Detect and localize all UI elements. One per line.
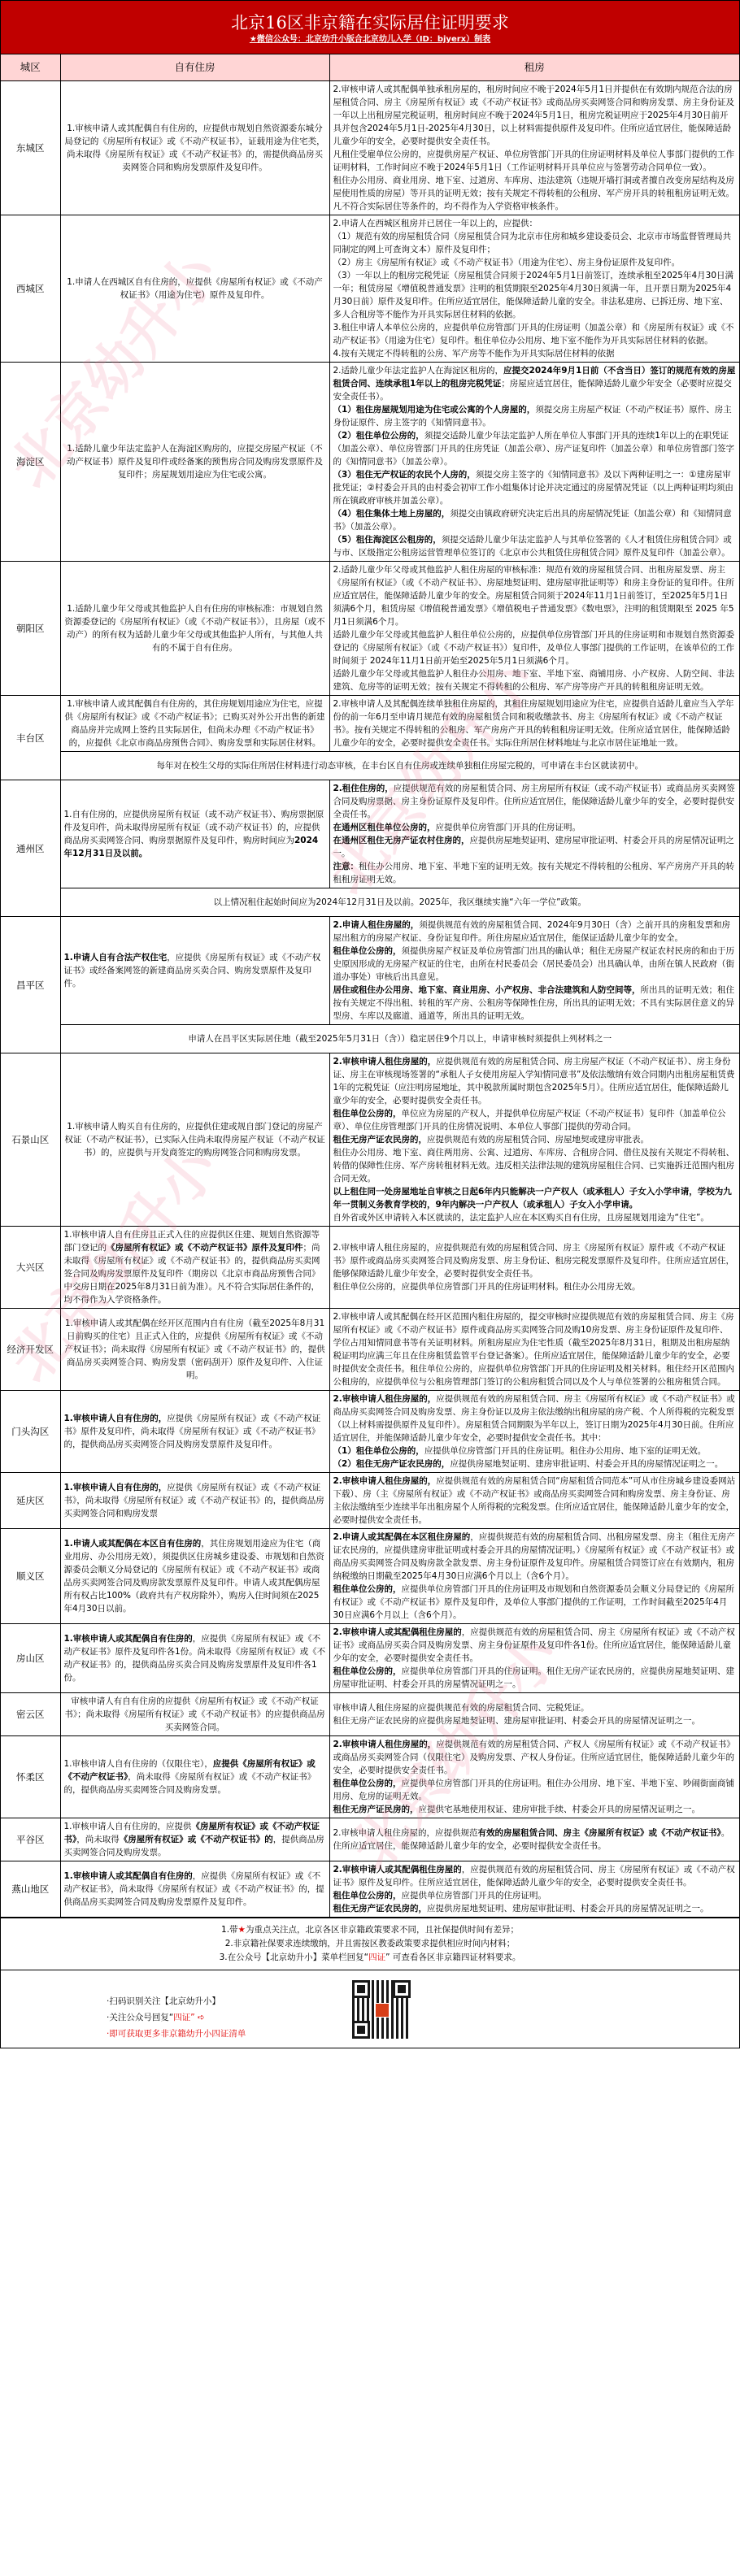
qr-logo-icon (375, 2003, 390, 2018)
rental-paragraph: 2.审核申请人及其配偶连续单独租住房屋的，其租住房屋规划用途应为住宅，应提供自适… (333, 697, 737, 749)
rental-cell: 2.审核申请人或其配偶单独承租房屋的，租房时间应不晚于2024年5月1日并提供在… (329, 81, 739, 215)
own-housing-cell: 1.审核申请人自有住房的，应提供《房屋所有权证》或《不动产权证书》，尚未取得《房… (60, 1473, 329, 1529)
rental-paragraph: （3）租住无产权证的农民个人房的，须提交房主签字的《知情同意书》及以下两种证明之… (333, 468, 737, 507)
table-body: 东城区1.审核申请人或其配偶自有住房的，应提供市规划自然资源委东城分局登记的《房… (1, 81, 739, 1918)
rental-paragraph: （1）租住单位公房的，应提供单位房管部门开具的住房证明。租住办公用房、地下室的证… (333, 1444, 737, 1457)
own-housing-cell: 1.审核申请人自有住房的，应提供《房屋所有权证》或《不动产权证书》，尚未取得《房… (60, 1818, 329, 1861)
rental-paragraph: 注意：租住办公用房、地下室、半地下室的证明无效。按有关规定不得转租的公租房、军产… (333, 860, 737, 886)
table-row: 昌平区1.申请人自有合法产权住宅，应提供《房屋所有权证》或《不动产权证书》或经备… (1, 917, 739, 1025)
page-title: 北京16区非京籍在实际居住证明要求 (1, 1, 739, 33)
table-row: 房山区1.审核申请人或其配偶自有住房的，应提供《房屋所有权证》或《不动产权证书》… (1, 1624, 739, 1693)
rental-paragraph: 租住办公用房、地下室、商住两用房、公寓、过道房、车库房、合租房合同、借住及按有关… (333, 1146, 737, 1185)
district-name: 朝阳区 (1, 562, 60, 696)
rental-paragraph: 2.审核申请人租住房屋的，应提供规范有效的房屋租赁合同、房主《房屋所有权证》原件… (333, 1241, 737, 1280)
rental-paragraph: 2.审核申请人租住房屋的，应提供规范有效的房屋租赁合同、产权人《房屋所有权证》或… (333, 1738, 737, 1777)
district-name: 房山区 (1, 1624, 60, 1693)
table-row: 东城区1.审核申请人或其配偶自有住房的，应提供市规划自然资源委东城分局登记的《房… (1, 81, 739, 215)
rental-paragraph: 以上租住同一处房屋地址自审核之日起6年内只能解决一户产权人（或承租人）子女入小学… (333, 1185, 737, 1211)
own-housing-cell: 1.审核申请人或其配偶自有住房的，应提供《房屋所有权证》或《不动产权证书》，尚未… (60, 1861, 329, 1918)
own-housing-cell: 1.审核申请人购买自有住房的，应提供住建或规自部门登记的房屋产权证（不动产权证书… (60, 1053, 329, 1227)
rental-cell: 2.申请人或其配偶在本区租住房屋的，应提供规范有效的房屋租赁合同、出租房屋发票、… (329, 1529, 739, 1624)
district-name: 平谷区 (1, 1818, 60, 1861)
own-housing-cell: 1.审核申请人自有住房且正式入住的应提供区住建、规划自然资源等部门登记的《房屋所… (60, 1227, 329, 1309)
rental-cell: 2.审核申请人租住房屋的，应提供规范有效的房屋租赁合同、房主《房屋所有权证》或《… (329, 1818, 739, 1861)
rental-paragraph: 租住单位公房的，应提供单位房管部门开具的住房证明。租住无房产证农民房的，应提供房… (333, 1665, 737, 1691)
district-name: 顺义区 (1, 1529, 60, 1624)
rental-cell: 2.审核申请人或其配偶租住房屋的，应提供规范有效的房屋租赁合同、房主《房屋所有权… (329, 1624, 739, 1693)
table-row: 石景山区1.审核申请人购买自有住房的，应提供住建或规自部门登记的房屋产权证（不动… (1, 1053, 739, 1227)
own-housing-cell: 1.适龄儿童少年父母或其他监护人自有住房的审核标准：市规划自然资源委登记的《房屋… (60, 562, 329, 696)
rental-paragraph: 租住无房产证农民房的，应提供规范有效的房屋租赁合同、房屋地契或建房审批表。 (333, 1133, 737, 1146)
header-rental: 租房 (329, 54, 739, 81)
promo-line-2: ·关注公众号回复“四证” ➪ (107, 2009, 246, 2026)
rental-paragraph: （5）租住海淀区公租房的，须提交适龄儿童少年法定监护人与其单位签署的《人才租赁住… (333, 533, 737, 559)
own-housing-cell: 1.自有住房的，应提供房屋所有权证（或不动产权证书）、购房票据原件及复印件，尚未… (60, 780, 329, 888)
rental-paragraph: 2.申请人租住房屋的，须提供规范有效的房屋租赁合同、2024年9月30日（含）之… (333, 919, 737, 945)
rental-cell: 2.审核申请人租住房屋的，应提供规范有效的房屋租赁合同、产权人《房屋所有权证》或… (329, 1736, 739, 1818)
rental-cell: 审核申请人租住房屋的应提供规范有效的房屋租赁合同、完税凭证。租住无房产证农民房的… (329, 1693, 739, 1736)
rental-paragraph: 适龄儿童少年父母或其他监护人租住办公用房、地下室、半地下室、商铺用房、小产权房、… (333, 667, 737, 693)
district-note: 申请人在昌平区实际居住地（截至2025年5月31日（含））稳定居住9个月以上，申… (60, 1025, 739, 1053)
rental-paragraph: 4.按有关规定不得转租的公房、军产房等不能作为开具实际居住材料的依据 (333, 347, 737, 360)
rental-cell: 2.申请人在西城区租房并已居住一年以上的，应提供：（1）规范有效的房屋租赁合同（… (329, 215, 739, 363)
rental-paragraph: 2.适龄儿童少年父母或其他监护人租住房屋的审核标准：规范有效的房屋租赁合同、出租… (333, 563, 737, 628)
rental-paragraph: （2）房主《房屋所有权证》或《不动产权证书》（用途为住宅）、房主身份证原件及复印… (333, 256, 737, 269)
table-row: 延庆区1.审核申请人自有住房的，应提供《房屋所有权证》或《不动产权证书》，尚未取… (1, 1473, 739, 1529)
district-name: 密云区 (1, 1693, 60, 1736)
rental-cell: 2.审核申请人租住房屋的，应提供规范有效的房屋租赁合同、房主房屋产权证（不动产权… (329, 1053, 739, 1227)
rental-paragraph: 适龄儿童少年父母或其他监护人租住单位公房的，应提供单位房管部门开具的住房证明和市… (333, 628, 737, 667)
header-district: 城区 (1, 54, 60, 81)
district-name: 燕山地区 (1, 1861, 60, 1918)
rental-paragraph: 租住单位公房的，应提供单位房管部门开具的住房证明。 (333, 1889, 737, 1902)
own-housing-cell: 1.审核申请人或其配偶自有住房的，应提供市规划自然资源委东城分局登记的《房屋所有… (60, 81, 329, 215)
district-name: 延庆区 (1, 1473, 60, 1529)
district-name: 怀柔区 (1, 1736, 60, 1818)
promo-line-1: ·扫码识别关注【北京幼升小】 (107, 1993, 246, 2009)
rental-paragraph: 2.审核申请人或其配偶租住房屋的，应提供规范有效的房屋租赁合同、房主《房屋所有权… (333, 1863, 737, 1889)
rental-paragraph: 租住单位公房的，单位应为房屋的产权人，并提供单位房屋产权证（不动产权证书）复印件… (333, 1107, 737, 1133)
district-name: 通州区 (1, 780, 60, 917)
own-housing-cell: 1.审核申请人或其配偶在经开区范围内自有住房（截至2025年8月31日前购买的住… (60, 1309, 329, 1391)
own-housing-cell: 1.适龄儿童少年法定监护人在海淀区购房的，应提交房屋产权证（不动产权证书）原件及… (60, 363, 329, 562)
rental-paragraph: 租住无房产证民房的，应提供宅基地使用权证、建房审批手续、村委会开具的房屋情况证明… (333, 1803, 737, 1816)
rental-paragraph: （3）一年以上的租房完税凭证（房屋租赁合同须于2024年5月1日前签订，连续承租… (333, 269, 737, 321)
table-row: 燕山地区1.审核申请人或其配偶自有住房的，应提供《房屋所有权证》或《不动产权证书… (1, 1861, 739, 1918)
rental-paragraph: 租住办公用房、商业用房、地下室、过道房、车库房、违法建筑（违规开墙打洞或者擅自改… (333, 174, 737, 213)
rental-paragraph: 2.租住住房的，应提供规范有效的房屋租赁合同、房主房屋所有权证（或不动产权证书）… (333, 782, 737, 821)
rental-paragraph: （2）租住无房产证农民房的，应提供房屋地契证明、建房审批证明、村委会开具的房屋情… (333, 1457, 737, 1470)
qr-finder-icon (393, 1980, 411, 1998)
table-row: 怀柔区1.审核申请人自有住房的（仅限住宅），应提供《房屋所有权证》或《不动产权证… (1, 1736, 739, 1818)
rental-cell: 2.适龄儿童少年父母或其他监护人租住房屋的审核标准：规范有效的房屋租赁合同、出租… (329, 562, 739, 696)
rental-paragraph: 在通州区租住单位公房的，应提供单位房管部门开具的住房证明。 (333, 821, 737, 834)
document-page: 北京幼升小 北京幼升小 北京幼升小 北京幼升小 北京幼升小 北京16区非京籍在实… (0, 0, 740, 2048)
district-name: 石景山区 (1, 1053, 60, 1227)
page-subtitle: ★微信公众号：北京幼升小版合北京幼儿入学（ID：bjyerx）制表 (1, 33, 739, 46)
district-note: 以上情况租住起始时间应为2024年12月31日及以前。2025年，我区继续实施“… (60, 888, 739, 917)
district-name: 西城区 (1, 215, 60, 363)
district-name: 海淀区 (1, 363, 60, 562)
rental-cell: 2.审核申请人及其配偶连续单独租住房屋的，其租住房屋规划用途应为住宅，应提供自适… (329, 696, 739, 752)
table-note-row: 以上情况租住起始时间应为2024年12月31日及以前。2025年，我区继续实施“… (1, 888, 739, 917)
rental-paragraph: 租住单位公房的，应提供单位房管部门开具的住房证明材料。租住办公用房无效。 (333, 1280, 737, 1293)
own-housing-cell: 1.审核申请人自有住房的，应提供《房屋所有权证》或《不动产权证书》原件及复印件，… (60, 1391, 329, 1473)
rental-paragraph: （1）规范有效的房屋租赁合同（房屋租赁合同为北京市住房和城乡建设委员会、北京市市… (333, 230, 737, 256)
rental-paragraph: 租住无房产证农民房的应提供房屋地契证明、建房屋审批证明、村委会开具的房屋情况证明… (333, 1714, 737, 1727)
own-housing-cell: 1.审核申请人或其配偶自有住房的，应提供《房屋所有权证》或《不动产权证书》原件及… (60, 1624, 329, 1693)
own-housing-cell: 1.申请人自有合法产权住宅，应提供《房屋所有权证》或《不动产权证书》或经备案网签… (60, 917, 329, 1025)
table-note-row: 每年对在校生父母的实际住所居住材料进行动态审核，在丰台区自有住房或连续单独租住房… (1, 752, 739, 780)
rental-cell: 2.申请人租住房屋的，须提供规范有效的房屋租赁合同、2024年9月30日（含）之… (329, 917, 739, 1025)
footnote-2: 2.非京籍社保要求连续缴纳，并且需按区教委政策要求提供相应时间内材料； (1, 1937, 739, 1951)
rental-cell: 2.审核申请人租住房屋的，应提供规范有效的房屋租赁合同“房屋租赁合同范本”可从市… (329, 1473, 739, 1529)
rental-paragraph: 凡租住受雇单位公房的，应提供房屋产权证、单位房管部门开具的住房证明材料及单位人事… (333, 148, 737, 174)
promo-section: ·扫码识别关注【北京幼升小】 ·关注公众号回复“四证” ➪ ·即可获取更多非京籍… (1, 1970, 739, 2048)
rental-paragraph: 租住单位公房的，应提供单位房管部门开具的住房证明。租住办公用房、地下室、半地下室… (333, 1777, 737, 1803)
district-note: 每年对在校生父母的实际住所居住材料进行动态审核，在丰台区自有住房或连续单独租住房… (60, 752, 739, 780)
rental-paragraph: 在通州区租住无房产证农村住房的，应提供房屋地契证明、建房屋审批证明、村委会开具的… (333, 834, 737, 860)
rental-paragraph: 租住单位公房的，应提供单位房管部门开具的住房证明及市规划和自然资源委员会顺义分局… (333, 1583, 737, 1622)
title-band: 北京16区非京籍在实际居住证明要求 ★微信公众号：北京幼升小版合北京幼儿入学（I… (1, 1, 739, 54)
rental-paragraph: 租住无房产证农民房的，应提供房屋地契证明、建房屋审批证明、村委会开具的房屋情况证… (333, 1902, 737, 1915)
rental-paragraph: 2.审核申请人租住房屋的，应提供规范有效的房屋租赁合同、房主《房屋所有权证》或《… (333, 1827, 737, 1853)
qr-finder-icon (352, 2021, 370, 2039)
rental-paragraph: 租住单位公房的，须提供房屋产权证及单位房管部门出具的确认单；租住无房屋产权证农村… (333, 945, 737, 984)
footnote-1: 1.带★为重点关注点，北京各区非京籍政策要求不同，且社保提供时间有差异； (1, 1923, 739, 1937)
table-row: 通州区1.自有住房的，应提供房屋所有权证（或不动产权证书）、购房票据原件及复印件… (1, 780, 739, 888)
rental-paragraph: 2.审核申请人租住房屋的，应提供规范有效的房屋租赁合同、房主《房屋所有权证》或《… (333, 1392, 737, 1444)
own-housing-cell: 1.审核申请人或其配偶自有住房的，其住房规划用途应为住宅，应提供《房屋所有权证》… (60, 696, 329, 752)
rental-cell: 2.租住住房的，应提供规范有效的房屋租赁合同、房主房屋所有权证（或不动产权证书）… (329, 780, 739, 888)
table-note-row: 申请人在昌平区实际居住地（截至2025年5月31日（含））稳定居住9个月以上，申… (1, 1025, 739, 1053)
promo-line-3: ·即可获取更多非京籍幼升小四证清单 (107, 2026, 246, 2042)
rental-paragraph: 审核申请人租住房屋的应提供规范有效的房屋租赁合同、完税凭证。 (333, 1701, 737, 1714)
own-housing-cell: 1.审核申请人自有住房的（仅限住宅），应提供《房屋所有权证》或《不动产权证书》，… (60, 1736, 329, 1818)
own-housing-cell: 1.申请人在西城区自有住房的，应提供《房屋所有权证》或《不动产权证书》（用途为住… (60, 215, 329, 363)
table-row: 门头沟区1.审核申请人自有住房的，应提供《房屋所有权证》或《不动产权证书》原件及… (1, 1391, 739, 1473)
district-name: 经济开发区 (1, 1309, 60, 1391)
rental-paragraph: 2.申请人在西城区租房并已居住一年以上的，应提供： (333, 217, 737, 230)
rental-paragraph: 2.审核申请人或其配偶单独承租房屋的，租房时间应不晚于2024年5月1日并提供在… (333, 83, 737, 148)
rental-paragraph: 2.审核申请人或其配偶在经开区范围内租住房屋的，提交审核时应提供规范有效的房屋租… (333, 1310, 737, 1388)
table-row: 平谷区1.审核申请人自有住房的，应提供《房屋所有权证》或《不动产权证书》，尚未取… (1, 1818, 739, 1861)
rental-paragraph: 2.审核申请人租住房屋的，应提供规范有效的房屋租赁合同“房屋租赁合同范本”可从市… (333, 1475, 737, 1527)
rental-paragraph: （4）租住集体土地上房屋的，须提交由镇政府研究决定后出具的房屋情况凭证（加盖公章… (333, 507, 737, 533)
rental-paragraph: 2.申请人或其配偶在本区租住房屋的，应提供规范有效的房屋租赁合同、出租房屋发票、… (333, 1531, 737, 1583)
star-icon: ★ (238, 1925, 246, 1935)
rental-paragraph: （1）租住房屋规划用途为住宅或公寓的个人房屋的，须提交房主房屋产权证（不动产权证… (333, 403, 737, 429)
rental-paragraph: 2.适龄儿童少年法定监护人在海淀区租房的，应提交2024年9月1日前（不含当日）… (333, 364, 737, 403)
own-housing-cell: 1.申请人或其配偶在本区自有住房的，其住房规划用途应为住宅（商业用房、办公用房无… (60, 1529, 329, 1624)
requirements-table: 城区 自有住房 租房 东城区1.审核申请人或其配偶自有住房的，应提供市规划自然资… (1, 54, 739, 1918)
qr-code-icon[interactable] (352, 1980, 411, 2039)
rental-paragraph: 居住或租住办公用房、地下室、商业用房、小产权房、非合法建筑和人防空间等，所出具的… (333, 984, 737, 1023)
table-row: 海淀区1.适龄儿童少年法定监护人在海淀区购房的，应提交房屋产权证（不动产权证书）… (1, 363, 739, 562)
footnote-3: 3.在公众号【北京幼升小】菜单栏回复“四证” 可查看各区非京籍四证材料要求。 (1, 1951, 739, 1965)
footnotes: 1.带★为重点关注点，北京各区非京籍政策要求不同，且社保提供时间有差异； 2.非… (1, 1918, 739, 1970)
table-row: 顺义区1.申请人或其配偶在本区自有住房的，其住房规划用途应为住宅（商业用房、办公… (1, 1529, 739, 1624)
qr-finder-icon (352, 1980, 370, 1998)
rental-cell: 2.审核申请人租住房屋的，应提供规范有效的房屋租赁合同、房主《房屋所有权证》或《… (329, 1391, 739, 1473)
promo-text: ·扫码识别关注【北京幼升小】 ·关注公众号回复“四证” ➪ ·即可获取更多非京籍… (107, 1993, 246, 2042)
own-housing-cell: 审核申请人有自有住房的应提供《房屋所有权证》或《不动产权证书》；尚未取得《房屋所… (60, 1693, 329, 1736)
district-name: 昌平区 (1, 917, 60, 1053)
table-header-row: 城区 自有住房 租房 (1, 54, 739, 81)
rental-paragraph: （2）租住单位公房的，须提交适龄儿童少年法定监护人所在单位人事部门开具的连续1年… (333, 429, 737, 468)
district-name: 门头沟区 (1, 1391, 60, 1473)
rental-cell: 2.审核申请人或其配偶在经开区范围内租住房屋的，提交审核时应提供规范有效的房屋租… (329, 1309, 739, 1391)
rental-cell: 2.审核申请人租住房屋的，应提供规范有效的房屋租赁合同、房主《房屋所有权证》原件… (329, 1227, 739, 1309)
rental-paragraph: 自外省或外区申请转入本区就读的，法定监护人应在本区购买自有住房，且房屋规划用途为… (333, 1211, 737, 1224)
table-row: 朝阳区1.适龄儿童少年父母或其他监护人自有住房的审核标准：市规划自然资源委登记的… (1, 562, 739, 696)
rental-paragraph: 2.审核申请人租住房屋的，应提供规范有效的房屋租赁合同、房主房屋产权证（不动产权… (333, 1055, 737, 1107)
table-row: 丰台区1.审核申请人或其配偶自有住房的，其住房规划用途应为住宅，应提供《房屋所有… (1, 696, 739, 752)
district-name: 丰台区 (1, 696, 60, 780)
district-name: 大兴区 (1, 1227, 60, 1309)
table-row: 密云区审核申请人有自有住房的应提供《房屋所有权证》或《不动产权证书》；尚未取得《… (1, 1693, 739, 1736)
rental-cell: 2.适龄儿童少年法定监护人在海淀区租房的，应提交2024年9月1日前（不含当日）… (329, 363, 739, 562)
rental-paragraph: 2.审核申请人或其配偶租住房屋的，应提供规范有效的房屋租赁合同、房主《房屋所有权… (333, 1626, 737, 1665)
table-row: 大兴区1.审核申请人自有住房且正式入住的应提供区住建、规划自然资源等部门登记的《… (1, 1227, 739, 1309)
rental-paragraph: 3.租住申请人本单位公房的，应提供单位房管部门开具的住房证明（加盖公章）和《房屋… (333, 321, 737, 347)
header-own-housing: 自有住房 (60, 54, 329, 81)
district-name: 东城区 (1, 81, 60, 215)
table-row: 西城区1.申请人在西城区自有住房的，应提供《房屋所有权证》或《不动产权证书》（用… (1, 215, 739, 363)
rental-cell: 2.审核申请人或其配偶租住房屋的，应提供规范有效的房屋租赁合同、房主《房屋所有权… (329, 1861, 739, 1918)
table-row: 经济开发区1.审核申请人或其配偶在经开区范围内自有住房（截至2025年8月31日… (1, 1309, 739, 1391)
